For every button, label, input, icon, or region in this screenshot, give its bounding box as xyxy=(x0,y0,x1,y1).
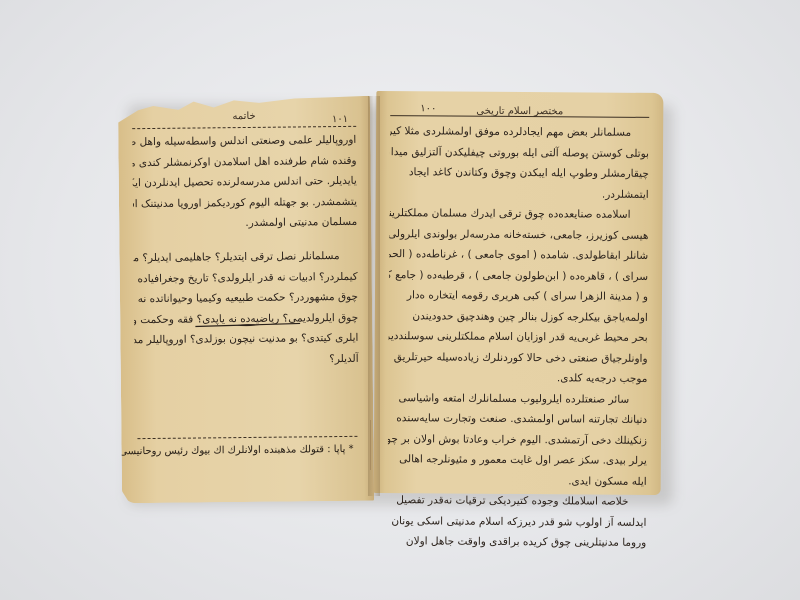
text-line: ایله مسکون ایدی. xyxy=(388,470,647,492)
ornamental-divider-icon xyxy=(195,321,300,328)
left-header-rule xyxy=(132,126,356,129)
text-line: خلاصه اسلاملك وجوده کتیردیکی ترقیات نه‌ق… xyxy=(387,490,646,512)
text-line: وروما مدنیتلرینی چوق کریده براقدی واوقت … xyxy=(387,531,646,553)
text-line: بوتلی کوستن پوصله آلتی ایله بوروتی چیفلی… xyxy=(390,142,649,164)
text-line: چیقارمشلر وطوپ ایله ایبکدن وچوق وکتاندن … xyxy=(390,162,649,184)
text-line: مسلمان مدنیتی اولمشدر. xyxy=(133,212,357,235)
text-line: واونلرجیاق صنعتی دخی حالا کوردنلرك زیاده… xyxy=(388,347,647,369)
left-page-number: ١٠١ xyxy=(332,114,348,125)
text-line: ایدلسه آز اولوب شو قدر دیرزکه اسلام مدنی… xyxy=(387,511,646,533)
left-paragraph-1: اوروپالیلر علمی وصنعتی اندلس واسطه‌سیله … xyxy=(132,130,357,235)
text-line: یتشمشدر. بو جهتله الیوم کوردیکمز اوروپا … xyxy=(133,191,357,214)
text-line: یایدیلر. حتی اندلس مدرسه‌لرنده تحصیل اید… xyxy=(133,171,357,194)
text-line: اولمه‌یاجق بیکلرجه کوزل بنالر چین وهندچی… xyxy=(389,306,648,328)
footnote-rule xyxy=(137,436,357,439)
right-body: مسلمانلر بعض مهم ایجادلرده موفق اولمشلرد… xyxy=(387,121,649,553)
text-line: مسلمانلر نصل ترقی ایتدیلر؟ جاهلیمی ایدیل… xyxy=(133,246,357,269)
text-line: ایلری کیتدی؟ بو مدنیت نیچون بوزلدی؟ اورو… xyxy=(134,328,358,351)
left-running-head-text: خاتمه xyxy=(232,110,255,121)
left-page: خاتمه ١٠١ اوروپالیلر علمی وصنعتی اندلس و… xyxy=(118,96,374,504)
footnote-marker: * xyxy=(349,444,354,455)
footnote-text: پاپا : قتولك مذهبنده اولانلرك اك بیوك رئ… xyxy=(116,444,345,457)
footnote: * پاپا : قتولك مذهبنده اولانلرك اك بیوك … xyxy=(138,444,354,457)
text-line: آلدیلر؟ xyxy=(135,348,359,371)
right-page-number: ١٠٠ xyxy=(420,103,436,114)
text-line: دنیانك تجارتنه اساس اولمشدی. صنعت وتجارت… xyxy=(388,408,647,430)
spine-tear xyxy=(370,420,395,470)
text-line: سرای ) ، قاهره‌ده ( ابن‌طولون جامعی ) ، … xyxy=(389,265,648,287)
left-running-head: خاتمه ١٠١ xyxy=(132,106,356,126)
right-page: مختصر اسلام تاریخی ١٠٠ مسلمانلر بعض مهم … xyxy=(374,91,664,495)
text-line: یرلر بیدی. سکز عصر اول غایت معمور و مئیو… xyxy=(388,449,647,471)
right-running-head: مختصر اسلام تاریخی ١٠٠ xyxy=(390,101,649,121)
text-line: کیملردر؟ ادبیات نه قدر ایلرولدی؟ تاریخ و… xyxy=(134,266,358,289)
text-line: و ( مدینة الزهرا سرای ) کبی هریری رقومه … xyxy=(389,285,648,307)
text-line: بحر محیط غربی‌یه قدر اوزایان اسلام مملکت… xyxy=(389,326,648,348)
text-line: هیسی کوزیرز، جامعی، خسته‌خانه مدرسه‌لر ب… xyxy=(389,224,648,246)
text-line: شانلر ابقاطولدی. شامده ( اموی جامعی ) ، … xyxy=(389,244,648,266)
text-line: اسلامده صنایعده‌ده چوق ترقی ایدرك مسلمان… xyxy=(389,203,648,225)
text-line: چوق مشهوردر؟ حکمت طبیعیه وکیمیا وحیوانات… xyxy=(134,287,358,310)
left-paragraph-2: مسلمانلر نصل ترقی ایتدیلر؟ جاهلیمی ایدیل… xyxy=(133,246,358,371)
text-line: ایتمشلردر. xyxy=(390,183,649,205)
text-line: اوروپالیلر علمی وصنعتی اندلس واسطه‌سیله … xyxy=(132,130,356,153)
text-line: سائر صنعتلرده ایلرولیوب مسلمانلرك امتعه … xyxy=(388,388,647,410)
text-line: وقنده شام طرفنده اهل اسلامدن اوکرنمشلر ک… xyxy=(132,150,356,173)
text-line: مسلمانلر بعض مهم ایجادلرده موفق اولمشلرد… xyxy=(390,121,649,143)
text-line: زنکینلك دخی آرتمشدی. الیوم خراب وعادتا ب… xyxy=(388,429,647,451)
text-line: موجب درجه‌یه کلدی. xyxy=(388,367,647,389)
